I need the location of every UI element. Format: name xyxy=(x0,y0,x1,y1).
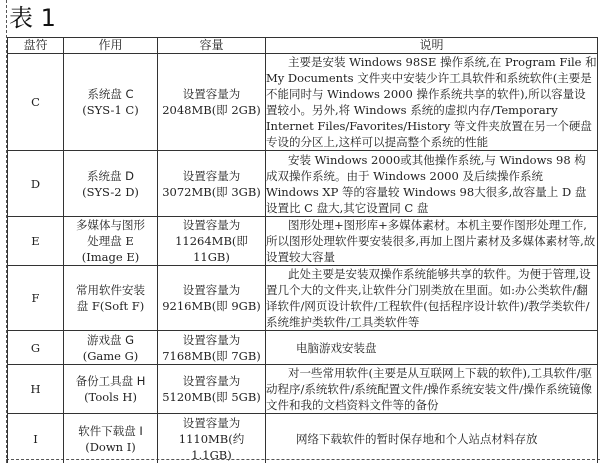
use-cell: 常用软件安装 盘 F(Soft F) xyxy=(64,266,158,331)
table-row-f: F 常用软件安装 盘 F(Soft F) 设置容量为 9216MB(即 9GB)… xyxy=(8,266,598,331)
capacity-line: 设置容量为 xyxy=(158,373,265,389)
drive-letter-cell: E xyxy=(8,217,64,266)
capacity-line: 1110MB(约 xyxy=(158,431,265,447)
use-line: (Game G) xyxy=(64,348,157,364)
table-row-c: C 系统盘 C (SYS-1 C) 设置容量为 2048MB(即 2GB) 主要… xyxy=(8,54,598,151)
table-row-d: D 系统盘 D (SYS-2 D) 设置容量为 3072MB(即 3GB) 安装… xyxy=(8,151,598,217)
use-line: 备份工具盘 H xyxy=(64,373,157,389)
drive-letter-cell: D xyxy=(8,151,64,217)
use-line: 系统盘 C xyxy=(64,86,157,102)
capacity-line: 设置容量为 xyxy=(158,168,265,184)
description-text: 对一些常用软件(主要是从互联网上下载的软件),工具软件/驱动程序/系统软件/系统… xyxy=(266,366,592,412)
capacity-line: 设置容量为 xyxy=(158,86,265,102)
description-text: 主要是安装 Windows 98SE 操作系统,在 Program File 和… xyxy=(266,55,597,149)
drive-letter-cell: F xyxy=(8,266,64,331)
use-cell: 软件下载盘 I (Down I) xyxy=(64,414,158,463)
drive-letter: F xyxy=(32,291,40,305)
description-text: 电脑游戏安装盘 xyxy=(296,341,377,355)
table-row-e: E 多媒体与图形 处理盘 E (Image E) 设置容量为 11264MB(即… xyxy=(8,217,598,266)
drive-letter: C xyxy=(31,95,40,109)
capacity-cell: 设置容量为 5120MB(即 5GB) xyxy=(158,365,266,414)
capacity-cell: 设置容量为 3072MB(即 3GB) xyxy=(158,151,266,217)
use-cell: 系统盘 D (SYS-2 D) xyxy=(64,151,158,217)
use-line: 常用软件安装 xyxy=(64,282,157,298)
description-text: 此处主要是安装双操作系统能够共享的软件。为便于管理,设置几个大的文件夹,让软件分… xyxy=(266,267,591,329)
table-header-row: 盘符 作用 容量 说明 xyxy=(8,38,598,54)
capacity-line: 9216MB(即 9GB) xyxy=(158,298,265,314)
capacity-line: 11264MB(即 xyxy=(158,233,265,249)
description-cell: 此处主要是安装双操作系统能够共享的软件。为便于管理,设置几个大的文件夹,让软件分… xyxy=(266,266,598,331)
use-cell: 游戏盘 G (Game G) xyxy=(64,331,158,365)
drive-letter-cell: G xyxy=(8,331,64,365)
capacity-line: 设置容量为 xyxy=(158,217,265,233)
capacity-line: 1.1GB) xyxy=(158,447,265,463)
use-line: (SYS-1 C) xyxy=(64,102,157,118)
drive-letter: D xyxy=(31,177,40,191)
drive-letter-cell: H xyxy=(8,365,64,414)
header-drive: 盘符 xyxy=(8,38,64,54)
use-line: 处理盘 E xyxy=(64,233,157,249)
drive-letter: I xyxy=(33,432,38,446)
capacity-line: 5120MB(即 5GB) xyxy=(158,389,265,405)
drive-letter: G xyxy=(31,341,40,355)
capacity-cell: 设置容量为 7168MB(即 7GB) xyxy=(158,331,266,365)
header-description: 说明 xyxy=(266,38,598,54)
capacity-cell: 设置容量为 1110MB(约 1.1GB) xyxy=(158,414,266,463)
header-use: 作用 xyxy=(64,38,158,54)
capacity-line: 设置容量为 xyxy=(158,332,265,348)
capacity-cell: 设置容量为 9216MB(即 9GB) xyxy=(158,266,266,331)
use-line: 软件下载盘 I xyxy=(64,423,157,439)
use-line: 盘 F(Soft F) xyxy=(64,298,157,314)
use-line: (Down I) xyxy=(64,439,157,455)
description-text: 安装 Windows 2000或其他操作系统,与 Windows 98 构成双操… xyxy=(266,153,586,215)
drive-partition-table: 盘符 作用 容量 说明 C 系统盘 C (SYS-1 C) 设置容量为 2048… xyxy=(7,37,598,463)
capacity-line: 3072MB(即 3GB) xyxy=(158,184,265,200)
description-cell: 网络下载软件的暂时保存地和个人站点材料存放 xyxy=(266,414,598,463)
use-line: (Tools H) xyxy=(64,389,157,405)
capacity-cell: 设置容量为 2048MB(即 2GB) xyxy=(158,54,266,151)
description-text: 图形处理+图形库+多媒体素材。本机主要作图形处理工作,所以图形处理软件要安装很多… xyxy=(266,218,595,264)
capacity-cell: 设置容量为 11264MB(即 11GB) xyxy=(158,217,266,266)
use-cell: 备份工具盘 H (Tools H) xyxy=(64,365,158,414)
capacity-line: 7168MB(即 7GB) xyxy=(158,348,265,364)
use-cell: 系统盘 C (SYS-1 C) xyxy=(64,54,158,151)
drive-letter: H xyxy=(30,382,40,396)
capacity-line: 11GB) xyxy=(158,249,265,265)
description-text: 网络下载软件的暂时保存地和个人站点材料存放 xyxy=(296,432,538,446)
drive-letter: E xyxy=(31,234,39,248)
capacity-line: 2048MB(即 2GB) xyxy=(158,102,265,118)
drive-letter-cell: C xyxy=(8,54,64,151)
drive-letter-cell: I xyxy=(8,414,64,463)
description-cell: 电脑游戏安装盘 xyxy=(266,331,598,365)
table-row-h: H 备份工具盘 H (Tools H) 设置容量为 5120MB(即 5GB) … xyxy=(8,365,598,414)
capacity-line: 设置容量为 xyxy=(158,282,265,298)
use-line: 系统盘 D xyxy=(64,168,157,184)
capacity-line: 设置容量为 xyxy=(158,415,265,431)
header-capacity: 容量 xyxy=(158,38,266,54)
table-row-i: I 软件下载盘 I (Down I) 设置容量为 1110MB(约 1.1GB)… xyxy=(8,414,598,463)
description-cell: 对一些常用软件(主要是从互联网上下载的软件),工具软件/驱动程序/系统软件/系统… xyxy=(266,365,598,414)
description-cell: 图形处理+图形库+多媒体素材。本机主要作图形处理工作,所以图形处理软件要安装很多… xyxy=(266,217,598,266)
description-cell: 安装 Windows 2000或其他操作系统,与 Windows 98 构成双操… xyxy=(266,151,598,217)
table-caption: 表 1 xyxy=(9,3,56,33)
table-row-g: G 游戏盘 G (Game G) 设置容量为 7168MB(即 7GB) 电脑游… xyxy=(8,331,598,365)
use-line: 游戏盘 G xyxy=(64,332,157,348)
use-line: (SYS-2 D) xyxy=(64,184,157,200)
use-cell: 多媒体与图形 处理盘 E (Image E) xyxy=(64,217,158,266)
use-line: (Image E) xyxy=(64,249,157,265)
description-cell: 主要是安装 Windows 98SE 操作系统,在 Program File 和… xyxy=(266,54,598,151)
use-line: 多媒体与图形 xyxy=(64,217,157,233)
